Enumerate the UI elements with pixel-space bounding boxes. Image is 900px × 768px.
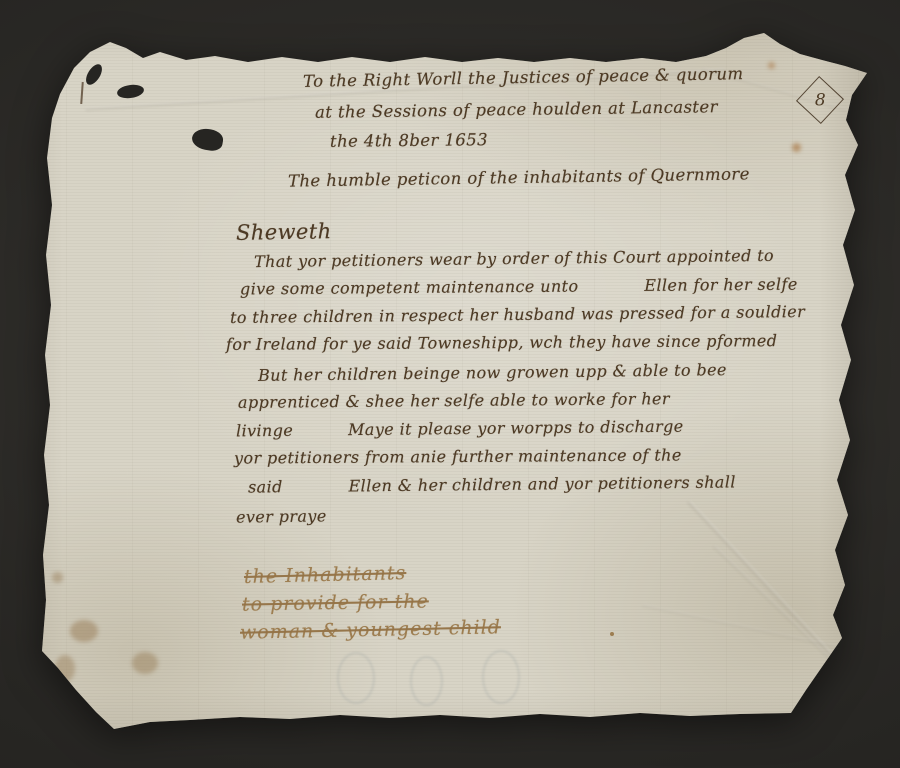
annotation-period-dot [610,632,614,636]
stain [70,620,98,642]
petition-line: for Ireland for ye said Towneshipp, wch … [226,331,778,354]
stain [55,655,75,682]
watermark-show-through [410,656,443,706]
petition-closing-line: ever praye [236,506,327,526]
rust-spot [792,143,801,152]
photo-background: 8 To the Right Worll the Justices of pea… [0,0,900,768]
annotation-line-struck: the Inhabitants [244,562,407,588]
annotation-line-struck: to provide for the [242,590,429,615]
watermark-show-through [482,650,520,704]
watermark-show-through [337,652,375,704]
salutation: Sheweth [236,219,332,245]
stain [132,652,158,674]
rust-spot [768,62,775,69]
folio-number: 8 [815,90,826,110]
paper-shadow-wrap: 8 To the Right Worll the Justices of pea… [0,0,900,768]
petition-line: yor petitioners from anie further mainte… [234,445,682,467]
heading-line-3-date: the 4th 8ber 1653 [330,130,488,151]
stain [52,572,63,583]
petition-line: apprenticed & shee her selfe able to wor… [238,389,670,412]
manuscript-paper: 8 To the Right Worll the Justices of pea… [0,0,900,768]
